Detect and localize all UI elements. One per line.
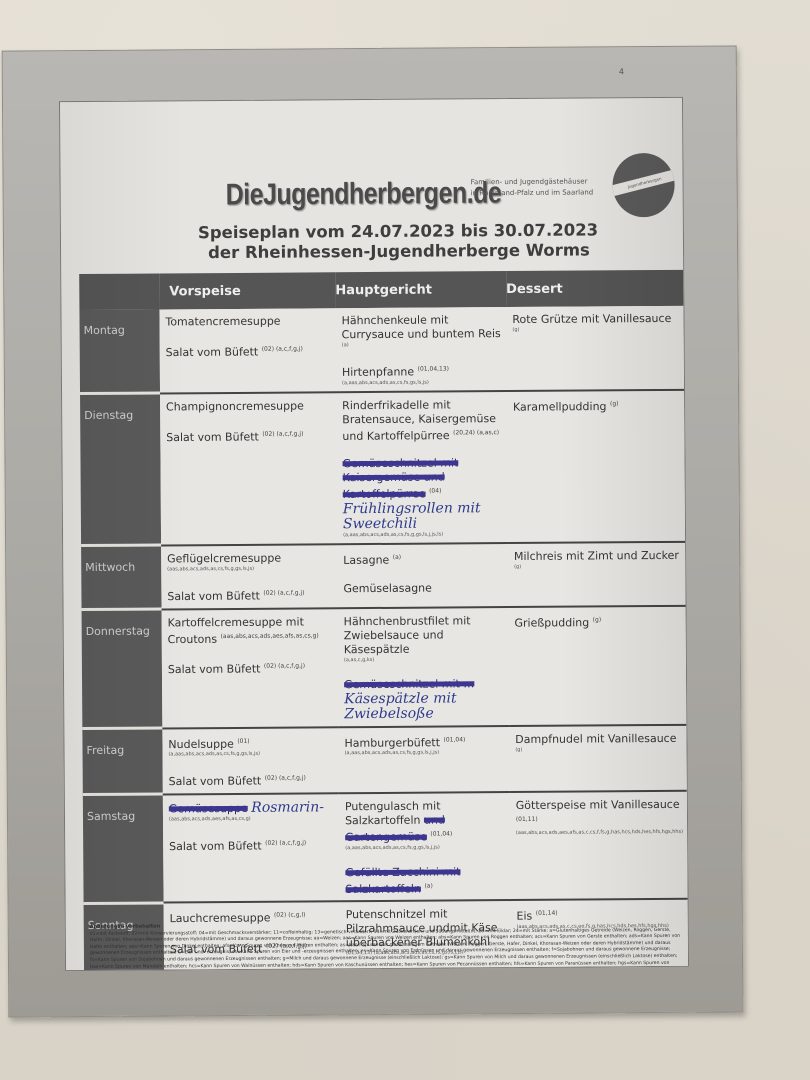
footer-legend: 01=mit Farbstoff; 02=mit Konservierungss… xyxy=(90,928,680,972)
main-name: Hähnchenkeule mit Currysauce und buntem … xyxy=(342,313,501,341)
main-alt: Hirtenpfanne (01,04,13)(a,aas,abs,acs,ad… xyxy=(342,362,503,387)
starter-cell: Nudelsuppe (01)(a,aas,abs,acs,ads,as,cs,… xyxy=(162,727,339,795)
logo-band: Jugendherbergen xyxy=(612,168,674,197)
table-row: MittwochGeflügelcremesuppe(aas,abs,acs,a… xyxy=(81,542,685,610)
main: Hähnchenkeule mit Currysauce und buntem … xyxy=(342,313,503,349)
main-alt-name: Hirtenpfanne xyxy=(342,365,414,379)
starter: Gemüsesuppe Rosmarin-(aas,abs,acs,ads,ae… xyxy=(169,800,335,823)
footer-heading: Änderungen vorbehalten xyxy=(90,923,160,929)
salad-codes: (02) (a,c,f,g,j) xyxy=(263,589,304,596)
frame-mark: 4 xyxy=(619,67,624,76)
salad-codes: (02) (a,c,f,g,j) xyxy=(262,345,303,352)
salad: Salat vom Büfett (02) (a,c,f,g,j) xyxy=(169,772,335,790)
day-label: Mittwoch xyxy=(81,545,161,609)
spacer xyxy=(166,413,332,428)
salad: Salat vom Büfett (02) (a,c,f,g,j) xyxy=(168,660,334,678)
dessert-allergens: (g) xyxy=(514,563,681,571)
spacer xyxy=(342,348,503,363)
main: Lasagne (a) xyxy=(343,550,504,568)
starter-codes: (02) (c,g,l) xyxy=(274,912,306,919)
main-alt-allergens: (a,aas,abs,acs,ads,as,cs,fs,g,gs,ls,j,js… xyxy=(343,531,504,539)
starter-codes: (01) xyxy=(237,737,249,744)
tagline-line-1: Familien- und Jugendgästehäuser xyxy=(471,176,594,188)
starter-name: Nudelsuppe xyxy=(168,737,234,750)
main-cell: Putengulasch mit Salzkartoffeln und Gart… xyxy=(339,792,511,902)
starter-codes: (aas,abs,acs,ads,aes,afs,as,cs,g) xyxy=(221,632,319,640)
dessert-name: Götterspeise mit Vanillesauce xyxy=(516,798,680,812)
main-name: Hähnchenbrustfilet mit Zwiebelsauce und … xyxy=(344,614,471,656)
starter-handwritten-note: Rosmarin- xyxy=(251,799,324,816)
header-day xyxy=(79,273,159,310)
starter-cell: ChampignoncremesuppeSalat vom Büfett (02… xyxy=(160,392,337,546)
table-row: DonnerstagKartoffelcremesuppe mit Crouto… xyxy=(82,605,687,728)
table-row: FreitagNudelsuppe (01)(a,aas,abs,acs,ads… xyxy=(82,724,686,795)
dessert-cell: Rote Grütze mit Vanillesauce(g) xyxy=(506,306,684,391)
day-label: Freitag xyxy=(82,728,162,795)
day-label: Donnerstag xyxy=(82,609,163,729)
salad-codes: (02) (a,c,f,g,j) xyxy=(262,430,303,437)
dessert: Grießpudding (g) xyxy=(514,612,681,630)
table-row: DienstagChampignoncremesuppeSalat vom Bü… xyxy=(80,389,685,546)
starter-name: Kartoffelcremesuppe mit Croutons xyxy=(167,615,303,646)
tagline-line-2: in Rheinland-Pfalz und im Saarland xyxy=(471,187,594,199)
main-codes: (a) xyxy=(393,554,401,561)
main-codes: (01,04) xyxy=(430,830,452,837)
menu-body: MontagTomatencremesuppeSalat vom Büfett … xyxy=(79,306,688,971)
starter: Tomatencremesuppe xyxy=(165,314,331,329)
dessert-codes: (01,14) xyxy=(536,910,558,917)
main-cell: Hamburgerbüfett (01,04)(a,aas,abs,acs,ad… xyxy=(338,726,509,794)
salad-name: Salat vom Büfett xyxy=(166,345,259,359)
spacer xyxy=(345,756,506,771)
salad-name: Salat vom Büfett xyxy=(169,775,262,789)
spacer xyxy=(168,758,334,773)
dessert-name: Grießpudding xyxy=(514,616,589,630)
header-vorspeise: Vorspeise xyxy=(159,272,335,309)
starter-cell: TomatencremesuppeSalat vom Büfett (02) (… xyxy=(159,308,336,393)
dessert-cell: Götterspeise mit Vanillesauce (01,11)(aa… xyxy=(510,791,688,901)
main-alt-handwritten-note: Frühlingsrollen mit Sweetchili xyxy=(343,500,481,532)
dessert-allergens: (g) xyxy=(515,745,682,753)
main-cell: Hähnchenbrustfilet mit Zwiebelsauce und … xyxy=(338,607,510,727)
main-alt-handwritten-note: Käsespätzle mit Zwiebelsoße xyxy=(344,690,456,722)
spacer xyxy=(344,663,505,678)
starter: Geflügelcremesuppe(aas,abs,acs,ads,as,cs… xyxy=(167,551,333,573)
dessert-allergens: (g) xyxy=(512,326,679,334)
main-alt-name: Gemüselasagne xyxy=(343,581,432,595)
day-label: Samstag xyxy=(83,794,164,903)
salad-name: Salat vom Büfett xyxy=(167,589,260,603)
dessert-cell: Karamellpudding (g) xyxy=(507,389,685,543)
dessert-codes: (g) xyxy=(593,616,602,623)
spacer xyxy=(343,567,504,582)
main-alt: Zuccini-Möhren-Puffer (01,02,04,13)(a,as… xyxy=(346,970,507,971)
main-codes: (20,24) (a,as,c) xyxy=(453,429,499,436)
salad-codes: (02) (a,c,f,g,j) xyxy=(265,775,306,782)
salad: Salat vom Büfett (02) (a,c,f,g,j) xyxy=(167,586,333,604)
spacer xyxy=(165,328,331,343)
menu-title: Speiseplan vom 24.07.2023 bis 30.07.2023 xyxy=(198,220,598,242)
starter: Nudelsuppe (01)(a,aas,abs,acs,ads,as,cs,… xyxy=(168,734,334,759)
starter: Champignoncremesuppe xyxy=(166,399,332,414)
main: Hähnchenbrustfilet mit Zwiebelsauce und … xyxy=(344,614,505,664)
dessert-codes: (g) xyxy=(610,400,619,407)
starter-cell: Geflügelcremesuppe(aas,abs,acs,ads,as,cs… xyxy=(161,544,338,609)
starter-name: Tomatencremesuppe xyxy=(165,315,280,329)
main-alt: Gemüseschnitzel mit Kaisergemüse und Kar… xyxy=(343,456,504,539)
starter-cell: Kartoffelcremesuppe mit Croutons (aas,ab… xyxy=(161,608,338,728)
spacer xyxy=(168,646,334,661)
main-alt-name: Gemüseschnitzel mit … xyxy=(344,677,474,691)
dessert: Dampfnudel mit Vanillesauce(g) xyxy=(515,731,682,753)
header-dessert: Dessert xyxy=(506,270,683,307)
table-header-row: Vorspeise Hauptgericht Dessert xyxy=(79,270,683,310)
main-cell: Lasagne (a)Gemüselasagne xyxy=(337,543,508,608)
salad-codes: (02) (a,c,f,g,j) xyxy=(264,663,305,670)
main-alt: Gemüseschnitzel mit … Käsespätzle mit Zw… xyxy=(344,677,505,722)
starter-name: Geflügelcremesuppe xyxy=(167,552,281,566)
main: Rinderfrikadelle mit Bratensauce, Kaiser… xyxy=(342,398,503,444)
dessert: Rote Grütze mit Vanillesauce(g) xyxy=(512,312,679,334)
dessert-cell: Dampfnudel mit Vanillesauce(g) xyxy=(509,724,687,792)
dessert-name: Rote Grütze mit Vanillesauce xyxy=(512,312,671,326)
dessert-name: Milchreis mit Zimt und Zucker xyxy=(514,549,679,563)
starter-name: Gemüsesuppe xyxy=(169,802,248,816)
salad-name: Salat vom Büfett xyxy=(169,839,262,853)
dessert-cell: Grießpudding (g) xyxy=(508,605,686,725)
main-alt-codes: (a) xyxy=(424,882,432,889)
day-label: Dienstag xyxy=(80,393,161,546)
main-cell: Hähnchenkeule mit Currysauce und buntem … xyxy=(335,307,506,392)
main-alt: Gefüllte Zucchini mit Salzkartoffeln (a) xyxy=(345,865,506,897)
salad-name: Salat vom Büfett xyxy=(168,663,261,677)
dessert: Karamellpudding (g) xyxy=(513,397,680,415)
display-frame: 4 DieJugendherbergen.de Familien- und Ju… xyxy=(2,45,744,1017)
salad-name: Salat vom Büfett xyxy=(166,430,259,444)
dessert-cell: Milchreis mit Zimt und Zucker(g) xyxy=(508,542,686,607)
dessert-allergens: (aas,abs,acs,ads,aes,afs,as,c,cs,f,fs,g,… xyxy=(516,828,683,836)
menu-sheet: DieJugendherbergen.de Familien- und Juge… xyxy=(59,97,689,971)
starter-cell: Gemüsesuppe Rosmarin-(aas,abs,acs,ads,ae… xyxy=(163,793,340,903)
salad: Salat vom Büfett (02) (a,c,f,g,j) xyxy=(166,342,332,360)
main-alt-allergens: (a,aas,abs,acs,ads,as,cs,fs,gs,ls,js) xyxy=(342,379,503,387)
main-alt-codes: (01,04,13) xyxy=(418,365,449,372)
table-row: SamstagGemüsesuppe Rosmarin-(aas,abs,acs… xyxy=(83,791,688,904)
salad-codes: (02) (a,c,f,g,j) xyxy=(265,839,306,846)
salad: Salat vom Büfett (02) (a,c,f,g,j) xyxy=(169,836,335,854)
main-alt-name: Zuccini-Möhren-Puffer xyxy=(346,971,467,972)
brand-tagline: Familien- und Jugendgästehäuser in Rhein… xyxy=(471,176,594,199)
spacer xyxy=(169,822,335,837)
table-row: MontagTomatencremesuppeSalat vom Büfett … xyxy=(79,306,684,394)
main-alt-codes: (04) xyxy=(429,488,441,495)
starter-name: Champignoncremesuppe xyxy=(166,399,304,413)
header-hauptgericht: Hauptgericht xyxy=(335,271,506,308)
spacer xyxy=(342,442,503,457)
main-alt-name: Gefüllte Zucchini mit Salzkartoffeln xyxy=(345,865,460,895)
starter: Kartoffelcremesuppe mit Croutons (aas,ab… xyxy=(167,615,333,647)
jugendherbergen-logo-icon: Jugendherbergen xyxy=(612,153,674,217)
menu-subtitle: der Rheinhessen-Jugendherberge Worms xyxy=(208,240,590,262)
dessert: Götterspeise mit Vanillesauce (01,11)(aa… xyxy=(516,798,683,837)
allergen-footer: Änderungen vorbehalten 01=mit Farbstoff;… xyxy=(90,920,682,971)
main: Putengulasch mit Salzkartoffeln und Gart… xyxy=(345,799,506,852)
main-name: Lasagne xyxy=(343,554,389,567)
spacer xyxy=(345,851,506,866)
main-cell: Rinderfrikadelle mit Bratensauce, Kaiser… xyxy=(336,391,508,545)
main-name: Hamburgerbüfett xyxy=(344,736,440,750)
main-codes: (01,04) xyxy=(443,736,465,743)
brand-logo-text: DieJugendherbergen.de xyxy=(226,176,502,213)
dessert-codes: (01,11) xyxy=(516,816,538,823)
menu-table: Vorspeise Hauptgericht Dessert MontagTom… xyxy=(79,270,688,971)
main: Hamburgerbüfett (01,04)(a,aas,abs,acs,ad… xyxy=(344,733,505,758)
dessert: Milchreis mit Zimt und Zucker(g) xyxy=(514,549,681,571)
dessert-name: Dampfnudel mit Vanillesauce xyxy=(515,732,676,746)
spacer xyxy=(167,572,333,587)
day-label: Montag xyxy=(79,309,159,393)
salad: Salat vom Büfett (02) (a,c,f,g,j) xyxy=(166,427,332,445)
dessert-name: Karamellpudding xyxy=(513,400,607,414)
main-alt: Gemüselasagne xyxy=(343,581,504,596)
